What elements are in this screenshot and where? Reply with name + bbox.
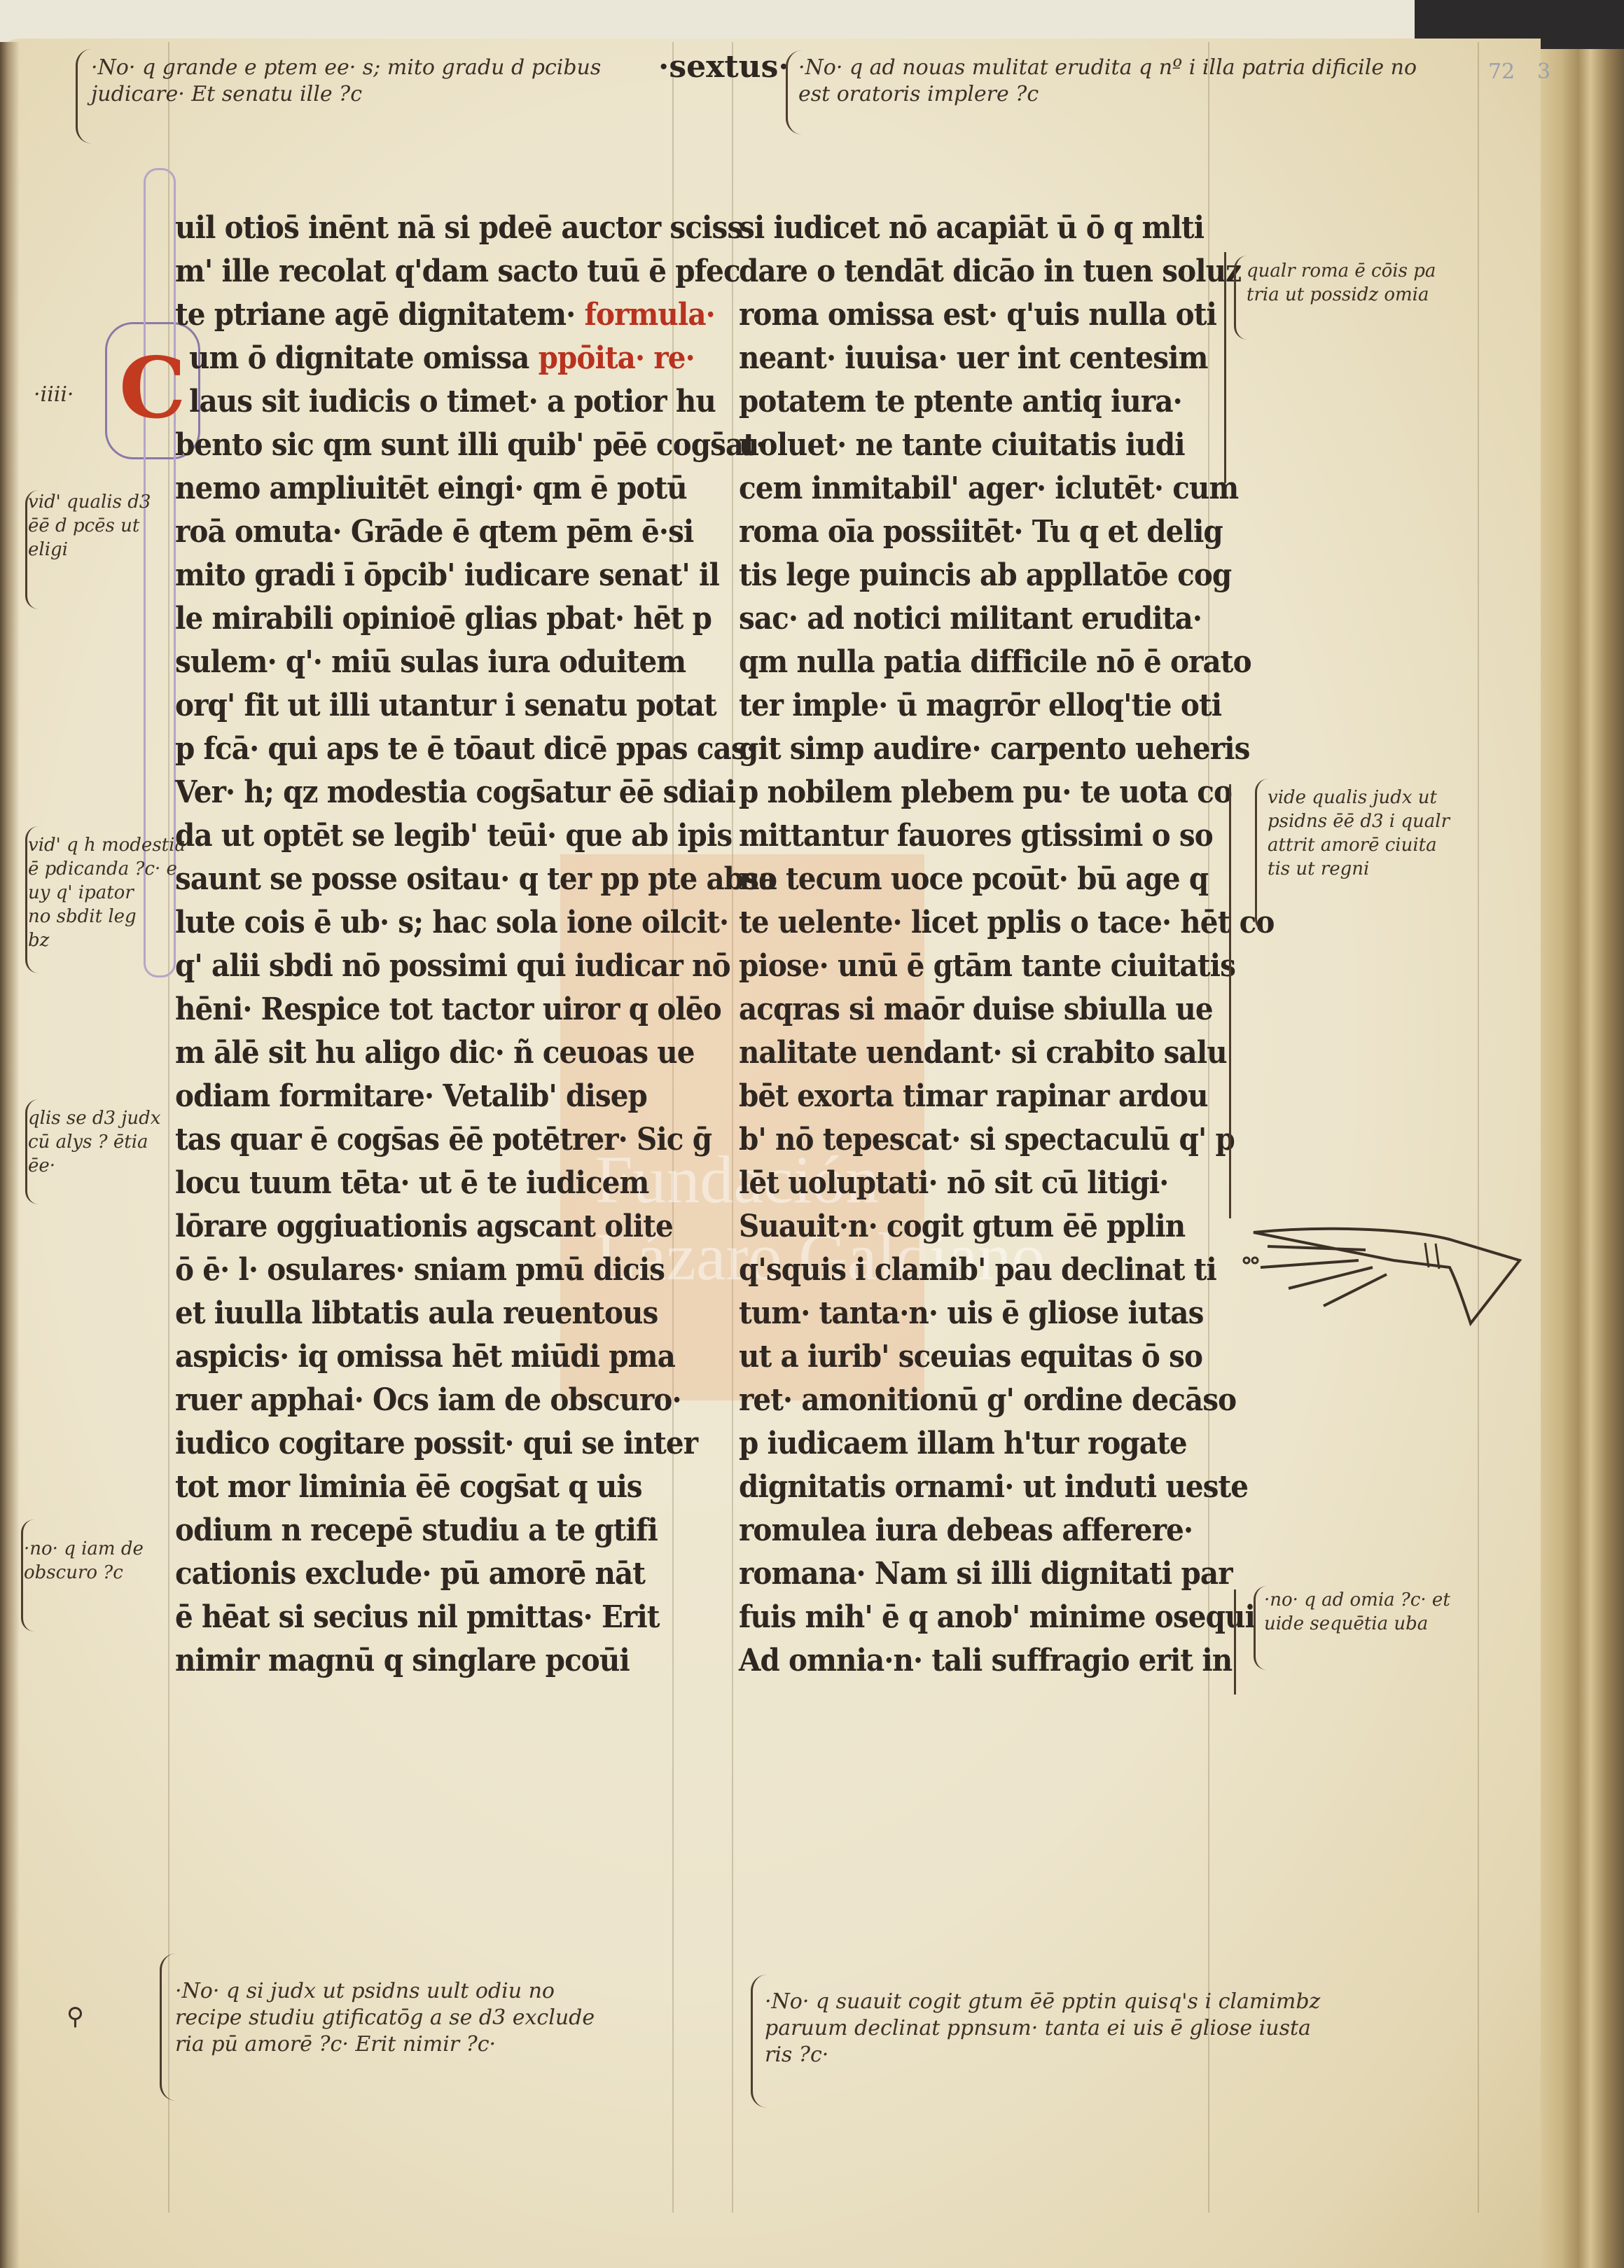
text-line: orq' fit ut illi utantur i senatu potat [175, 688, 716, 723]
text-line: odium n recepē studiu a te gtifi [175, 1512, 658, 1548]
text-line: fuis mih' ē q anob' minime osequi [739, 1599, 1255, 1635]
gloss-bracket [76, 49, 92, 144]
text-span: te ptriane agē dignitatem· [175, 297, 575, 333]
text-line: roma omissa est· q'uis nulla oti [739, 297, 1216, 333]
text-line: bento sic qm sunt illi quib' pēē cogs̄at… [175, 427, 765, 463]
margin-gloss-qualis-judex: qlis se d3 judx cū alys ? ētia ēe· [28, 1106, 160, 1178]
text-line: na tecum uoce pcoūt· bū age q [739, 861, 1208, 897]
margin-gloss-nota-ad-omnia: ·no· q ad omia ?c· et uide sequētia uba [1264, 1588, 1450, 1636]
text-line: nimir magnū q singlare pcoūi [175, 1643, 630, 1678]
text-line: romana· Nam si illi dignitati par [739, 1556, 1233, 1592]
text-line: ō ē· l· osulares· sniam pmū dicis [175, 1252, 665, 1288]
text-line: ē hēat si secius nil pmittas· Erit [175, 1599, 660, 1635]
text-line: piose· unū ē gtām tante ciuitatis [739, 948, 1235, 984]
margin-gloss-vide-qualis: vid' qualis d3 ēē d pcēs ut eligi [28, 490, 151, 562]
text-line: ter imple· ū magrōr elloq'tie oti [739, 688, 1221, 723]
text-line: si iudicet nō acapiāt ū ō q mlti [739, 210, 1204, 246]
margin-vertical-line [1234, 1589, 1236, 1695]
text-line: roā omuta· Grāde ē qtem pēm ē·si [175, 514, 693, 550]
text-line: ruer apphai· Ocs iam de obscuro· [175, 1382, 681, 1418]
text-line: roma oīa possiitēt· Tu q et delig [739, 514, 1223, 550]
text-line: uil otios̄ inēnt nā si pdeē auctor sciss [175, 210, 742, 246]
margin-gloss-modestia: vid' q h modestia ē pdicanda ?c· e uy q'… [28, 833, 186, 952]
text-column-left: uil otios̄ inēnt nā si pdeē auctor sciss… [175, 210, 672, 1681]
text-line: b' nō tepescat· si spectaculū q' p [739, 1122, 1235, 1157]
text-line: p nobilem plebem pu· te uota co [739, 774, 1232, 810]
margin-gloss-vide-qualis-judex: vide qualis judx ut psidns ēē d3 i qualr… [1268, 786, 1450, 881]
text-line: qm nulla patia difficile nō ē orato [739, 644, 1251, 680]
text-line: hēni· Respice tot tactor uiror q olēo [175, 992, 721, 1027]
bottom-gloss-left: ·No· q si judx ut psidns uult odiu no re… [175, 1978, 595, 2058]
folio-mark: 3 [1537, 60, 1550, 84]
text-line: bēt exorta timar rapinar ardou [739, 1078, 1208, 1114]
text-line: locu tuum tēta· ut ē te iudicem [175, 1165, 648, 1201]
text-line: tum· tanta·n· uis ē gliose iutas [739, 1295, 1203, 1331]
text-line: lōrare oggiuationis agscant olite [175, 1209, 673, 1244]
text-line: te ptriane agē dignitatem· formula· [175, 297, 715, 333]
text-line: um ō dignitate omissa ppōita· re· [189, 340, 695, 376]
text-line: neant· iuuisa· uer int centesim [739, 340, 1208, 376]
text-line: m' ille recolat q'dam sacto tuū ē pfec [175, 253, 740, 289]
text-line: git simp audire· carpento ueheris [739, 731, 1249, 767]
text-line: cationis exclude· pū amorē nāt [175, 1556, 645, 1592]
pointing-hand-icon [1240, 1218, 1534, 1344]
text-line: dare o tendāt dicāo in tuen soluz [739, 253, 1241, 289]
text-line: saunt se posse ositau· q ter pp pte abso [175, 861, 777, 897]
gloss-bracket [1255, 779, 1268, 933]
text-line: mito gradi ī ōpcib' iudicare senat' il [175, 557, 719, 593]
text-line: nalitate uendant· si crabito salu [739, 1035, 1227, 1071]
page-edge-stack [1541, 49, 1624, 2268]
text-line: potatem te ptente antiq iura· [739, 384, 1182, 419]
ruling-line [1478, 42, 1479, 2213]
gutter-shadow [0, 42, 20, 2268]
text-line: sac· ad notici militant erudita· [739, 601, 1202, 636]
text-line: m ālē sit hu aligo dic· ñ ceuoas ue [175, 1035, 695, 1071]
decorated-initial-c: C [119, 343, 182, 434]
gloss-bracket [1234, 256, 1247, 340]
text-line: iudico cogitare possit· qui se inter [175, 1426, 698, 1461]
text-line: cem inmitabil' ager· iclutēt· cum [739, 471, 1238, 506]
text-line: lēt uoluptati· nō sit cū litigi· [739, 1165, 1168, 1201]
text-line: uoluet· ne tante ciuitatis iudi [739, 427, 1185, 463]
text-line: nemo ampliuitēt eingi· qm ē potū [175, 471, 687, 506]
text-line: Ad omnia·n· tali suffragio erit in [739, 1643, 1232, 1678]
rubric-prefatio: ppōita· re· [539, 340, 695, 376]
text-line: p iudicaem illam h'tur rogate [739, 1426, 1187, 1461]
text-line: tot mor liminia ēē cogs̄at q uis [175, 1469, 642, 1505]
gloss-bracket [160, 1954, 176, 2101]
text-line: mittantur fauores gtissimi o so [739, 818, 1213, 854]
margin-mark-iiii: ·iiii· [34, 382, 74, 408]
text-line: p fcā· qui aps te ē tōaut dicē ppas cas· [175, 731, 756, 767]
text-line: laus sit iudicis o timet· a potior hu [189, 384, 716, 419]
text-line: aspicis· iq omissa hēt miūdi pma [175, 1339, 675, 1375]
text-column-right: si iudicet nō acapiāt ū ō q mlti dare o … [739, 210, 1215, 1681]
text-line: odiam formitare· Vetalib' disep [175, 1078, 647, 1114]
text-line: dignitatis ornami· ut induti ueste [739, 1469, 1248, 1505]
text-line: sulem· q'· miū sulas iura oduitem [175, 644, 686, 680]
text-line: da ut optēt se legib' teūi· que ab ipis [175, 818, 732, 854]
margin-gloss-qualiter-roma: qualr roma ē cōis pa tria ut possidz omi… [1247, 259, 1436, 307]
nota-mark-icon: ⚲ [67, 2003, 84, 2031]
text-line: lute cois ē ub· s; hac sola ione oilcit· [175, 905, 728, 940]
text-line: ret· amonitionū g' ordine decāso [739, 1382, 1236, 1418]
text-line: q'squis i clamib' pau declinat ti [739, 1252, 1216, 1288]
bottom-gloss-right: ·No· q suauit cogit gtum ēē pptin quisq'… [765, 1989, 1320, 2068]
folio-number: 72 [1488, 60, 1515, 84]
text-span: um ō dignitate omissa [189, 340, 529, 376]
text-line: Suauit·n· cogit gtum ēē pplin [739, 1209, 1185, 1244]
text-line: q' alii sbdi nō possimi qui iudicar nō [175, 948, 730, 984]
text-line: et iuulla libtatis aula reuentous [175, 1295, 658, 1331]
text-line: tas quar ē cogs̄as ēē potētrer· Sic ḡ [175, 1122, 712, 1157]
text-line: Ver· h; qz modestia cogs̄atur ēē sdiai [175, 774, 735, 810]
text-line: le mirabili opinioē glias pbat· hēt p [175, 601, 712, 636]
running-head: ·sextus· [658, 49, 789, 85]
margin-gloss-nota-iam: ·no· q iam de obscuro ?c [24, 1537, 144, 1585]
top-gloss-right: ·No· q ad nouas mulitat erudita q nº i i… [798, 55, 1417, 108]
text-line: acqras si maōr duise sbiulla ue [739, 992, 1213, 1027]
text-line: tis lege puincis ab appllatōe cog [739, 557, 1231, 593]
top-gloss-left: ·No· q grande e ptem ee· s; mito gradu d… [91, 55, 601, 108]
text-line: te uelente· licet pplis o tace· hēt co [739, 905, 1274, 940]
margin-vertical-line [1224, 252, 1226, 483]
text-line: romulea iura debeas afferere· [739, 1512, 1193, 1548]
margin-vertical-line [1229, 784, 1231, 1218]
rubric-formula: formula· [585, 297, 715, 333]
text-line: ut a iurib' sceuias equitas ō so [739, 1339, 1202, 1375]
